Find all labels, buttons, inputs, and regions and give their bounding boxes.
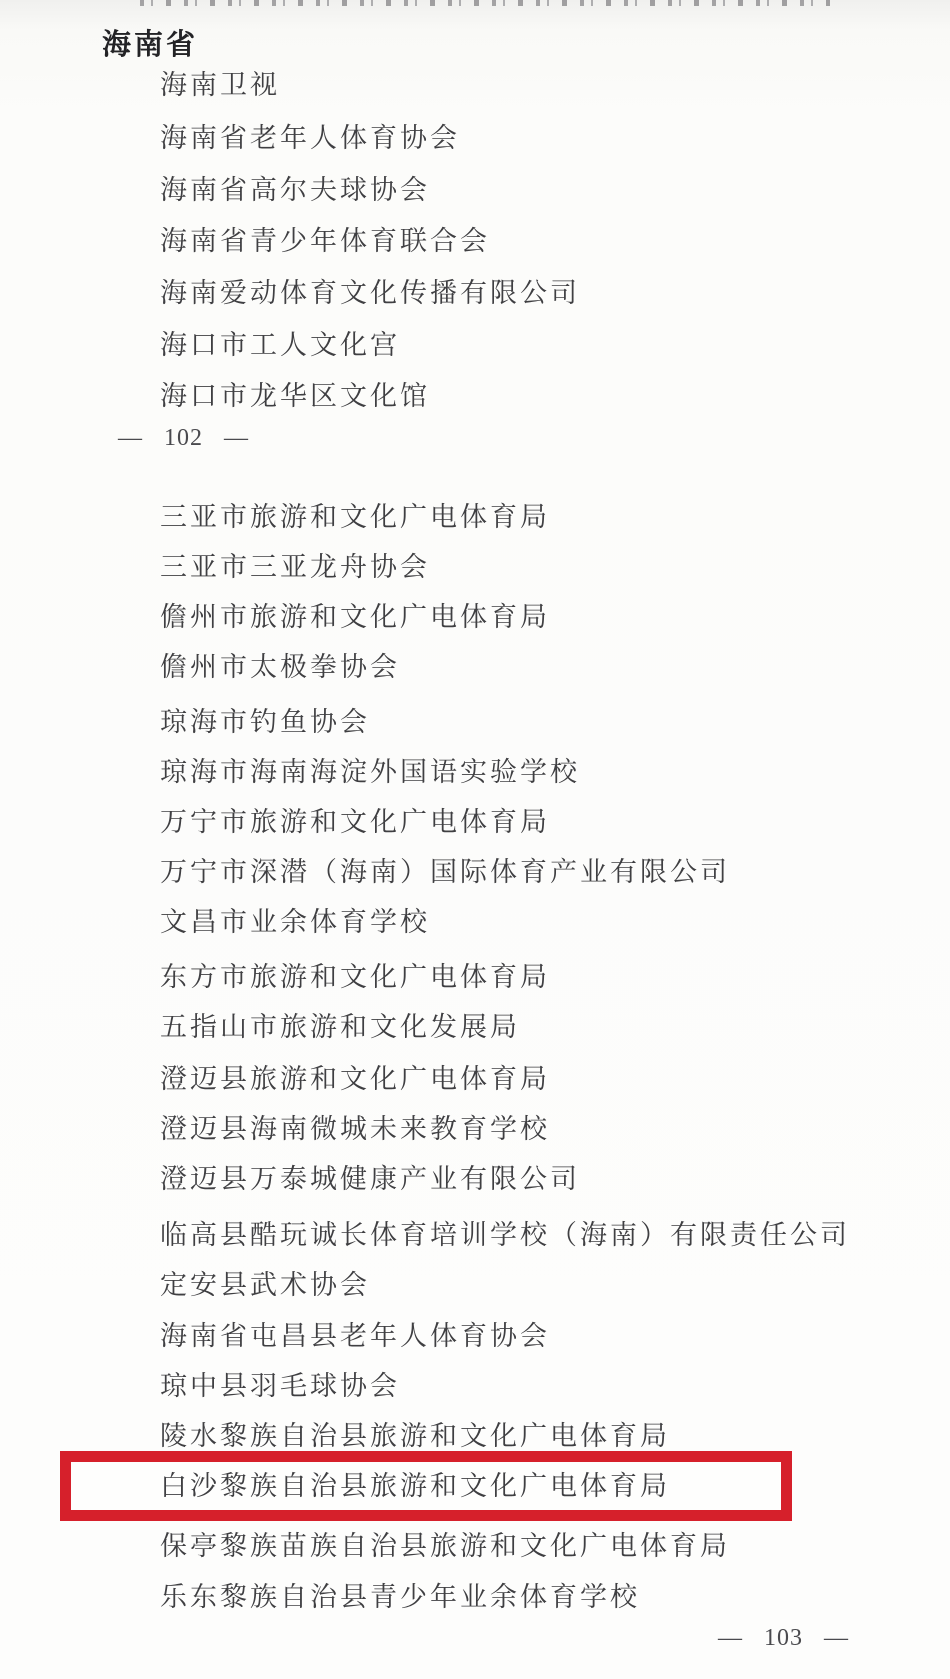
org-list-item: 琼海市海南海淀外国语实验学校 xyxy=(160,752,580,792)
org-list-item: 海南省屯昌县老年人体育协会 xyxy=(160,1316,550,1356)
org-list-item: 乐东黎族自治县青少年业余体育学校 xyxy=(160,1577,640,1617)
org-list-item: 陵水黎族自治县旅游和文化广电体育局 xyxy=(160,1416,670,1456)
org-list-item: 文昌市业余体育学校 xyxy=(160,902,430,942)
org-list-item: 三亚市三亚龙舟协会 xyxy=(160,547,430,587)
org-list-item: 琼海市钓鱼协会 xyxy=(160,702,370,742)
org-list-item: 澄迈县万泰城健康产业有限公司 xyxy=(160,1159,580,1199)
org-list-item: 海南省老年人体育协会 xyxy=(160,118,460,158)
org-list-item: 澄迈县海南微城未来教育学校 xyxy=(160,1109,550,1149)
org-list-item: 海口市龙华区文化馆 xyxy=(160,376,430,416)
page-number-103: — 103 — xyxy=(718,1620,849,1656)
org-list-item: 定安县武术协会 xyxy=(160,1265,370,1305)
page-number-102: — 102 — xyxy=(118,420,249,456)
province-header: 海南省 xyxy=(102,22,198,63)
org-list-item: 海南省青少年体育联合会 xyxy=(160,221,490,261)
org-list-item: 三亚市旅游和文化广电体育局 xyxy=(160,497,550,537)
org-list-item: 澄迈县旅游和文化广电体育局 xyxy=(160,1059,550,1099)
org-list-item: 琼中县羽毛球协会 xyxy=(160,1366,400,1406)
clipped-text-remnant xyxy=(140,0,830,6)
highlighted-org-list-item: 白沙黎族自治县旅游和文化广电体育局 xyxy=(160,1466,670,1506)
org-list-item: 五指山市旅游和文化发展局 xyxy=(160,1007,520,1047)
org-list-item: 万宁市旅游和文化广电体育局 xyxy=(160,802,550,842)
org-list-item: 万宁市深潜（海南）国际体育产业有限公司 xyxy=(160,852,730,892)
org-list-item: 海南卫视 xyxy=(160,65,280,105)
org-list-item: 保亭黎族苗族自治县旅游和文化广电体育局 xyxy=(160,1526,730,1566)
org-list-item: 海南省高尔夫球协会 xyxy=(160,170,430,210)
org-list-item: 儋州市太极拳协会 xyxy=(160,647,400,687)
org-list-item: 儋州市旅游和文化广电体育局 xyxy=(160,597,550,637)
org-list-item: 东方市旅游和文化广电体育局 xyxy=(160,957,550,997)
document-page: 海南省 海南卫视 海南省老年人体育协会 海南省高尔夫球协会 海南省青少年体育联合… xyxy=(0,0,950,1679)
org-list-item: 海口市工人文化宫 xyxy=(160,325,400,365)
org-list-item: 临高县酷玩诚长体育培训学校（海南）有限责任公司 xyxy=(160,1215,850,1255)
org-list-item: 海南爱动体育文化传播有限公司 xyxy=(160,273,580,313)
